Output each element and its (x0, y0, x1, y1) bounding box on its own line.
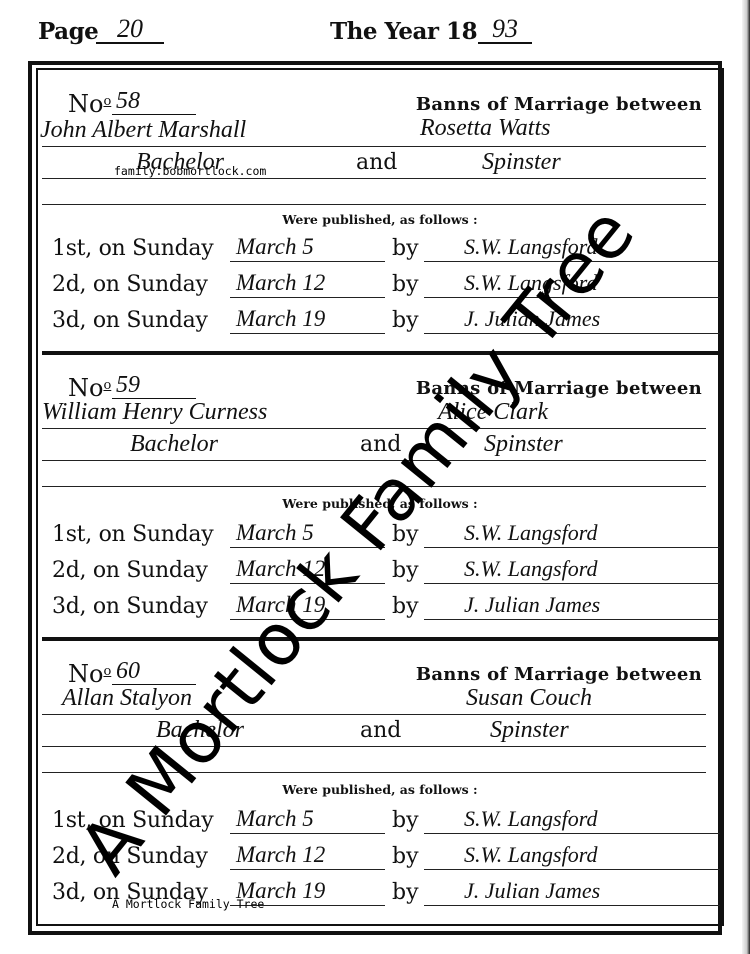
entry-divider (42, 351, 722, 355)
publication-ordinal: 3d, on Sunday (52, 308, 208, 333)
by-label: by (392, 272, 419, 297)
banns-title: Banns of Marriage between (416, 664, 702, 685)
by-label: by (392, 808, 419, 833)
groom-name: William Henry Curness (42, 398, 267, 426)
year-suffix: 93 (478, 16, 532, 44)
bride-condition: Spinster (482, 148, 561, 176)
and-label: and (356, 150, 397, 175)
footer-watermark: A Mortlock Family Tree (112, 897, 264, 911)
publication-date: March 5 (230, 804, 385, 834)
by-label: by (392, 558, 419, 583)
by-label: by (392, 308, 419, 333)
publication-minister: S.W. Langsford (424, 804, 720, 834)
publication-ordinal: 1st, on Sunday (52, 236, 213, 261)
by-label: by (392, 880, 419, 905)
names-rule (42, 714, 706, 715)
names-rule (42, 146, 706, 147)
by-label: by (392, 236, 419, 261)
page-label: Page (38, 18, 98, 45)
bride-name: Susan Couch (466, 684, 592, 712)
publication-ordinal: 2d, on Sunday (52, 272, 208, 297)
publication-minister: S.W. Langsford (424, 840, 720, 870)
publication-row-3: 3d, on Sunday March 19 by J. Julian Jame… (52, 304, 722, 338)
entry-divider (42, 637, 722, 641)
banns-title: Banns of Marriage between (416, 94, 702, 115)
year-label: The Year 18 (330, 18, 477, 45)
bride-condition: Spinster (490, 716, 569, 744)
and-label: and (360, 718, 401, 743)
publication-date: March 12 (230, 840, 385, 870)
condition-rule (42, 178, 706, 179)
by-label: by (392, 594, 419, 619)
names-rule (42, 428, 706, 429)
entry-number-label: Noo (68, 90, 111, 118)
entry-number: 58 (112, 88, 196, 115)
publication-date: March 19 (230, 304, 385, 334)
groom-condition: Bachelor (130, 430, 218, 458)
publication-date: March 5 (230, 232, 385, 262)
publication-minister: J. Julian James (424, 590, 720, 620)
publication-minister: S.W. Langsford (424, 518, 720, 548)
entry-number: 59 (112, 372, 196, 399)
publication-ordinal: 1st, on Sunday (52, 522, 213, 547)
bride-name: Rosetta Watts (420, 114, 550, 142)
publication-row-3: 3d, on Sunday March 19 by J. Julian Jame… (52, 590, 722, 624)
publication-ordinal: 3d, on Sunday (52, 594, 208, 619)
page-header: Page 20 The Year 18 93 (0, 0, 750, 60)
scan-edge-shadow (742, 0, 750, 954)
groom-name: John Albert Marshall (40, 116, 246, 144)
page-number: 20 (96, 16, 164, 44)
publication-ordinal: 2d, on Sunday (52, 558, 208, 583)
entry-number: 60 (112, 658, 196, 685)
publication-minister: S.W. Langsford (424, 554, 720, 584)
publication-date: March 12 (230, 268, 385, 298)
by-label: by (392, 844, 419, 869)
publication-minister: J. Julian James (424, 876, 720, 906)
site-url-watermark: family.bobmortlock.com (114, 164, 266, 178)
